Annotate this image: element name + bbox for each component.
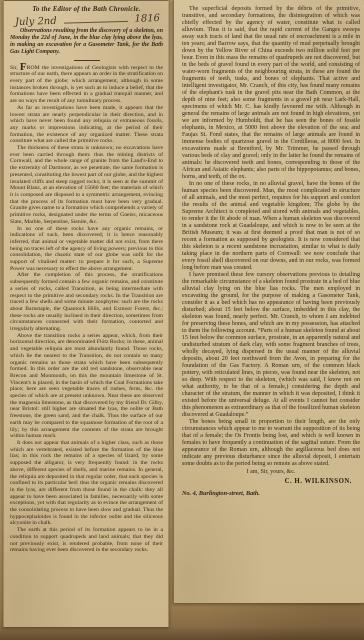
- paragraph: The superficial deposits formed by the d…: [182, 6, 360, 181]
- paragraph: The earth at this period of its formatio…: [10, 527, 163, 554]
- paragraph-opening-text: ROM the investigations of Geologists wit…: [10, 65, 163, 105]
- handwritten-year: 1816: [134, 13, 160, 25]
- handwritten-date: July 2nd 1816: [15, 13, 160, 28]
- paragraph: In no one of these rocks, in no alluvial…: [182, 181, 360, 272]
- paragraph: The thickness of these strata is unknown…: [10, 145, 163, 225]
- page-bottom-shadow: [0, 626, 364, 640]
- signature: C. H. WILKINSON.: [182, 478, 360, 485]
- handwritten-dash-line: [64, 21, 128, 24]
- left-newspaper-clipping: To the Editor of the Bath Chronicle. Jul…: [3, 0, 169, 627]
- right-newspaper-clipping: The superficial deposits formed by the d…: [173, 0, 364, 603]
- paragraph: I have premised these few cursory observ…: [182, 272, 360, 419]
- paragraph: As far as investigations have been made,…: [10, 105, 163, 145]
- paragraph: After the completion of this process, th…: [10, 272, 163, 332]
- paragraph: In no one of these rocks have any organi…: [10, 226, 163, 273]
- letter-subtitle: Observations resulting from the discover…: [10, 28, 163, 56]
- letter-closing: I am, Sir, yours, &c.: [182, 469, 360, 476]
- paragraph-opening: Sir,FROM the investigations of Geologist…: [10, 65, 163, 105]
- salutation: Sir,: [10, 65, 20, 71]
- paragraph: Above the transition rocks a series appe…: [10, 333, 163, 440]
- letter-header: To the Editor of the Bath Chronicle.: [10, 6, 163, 13]
- paragraph: The bones being small in proportion to t…: [182, 419, 360, 468]
- handwritten-day: July 2nd: [15, 16, 57, 28]
- scrapbook-page: To the Editor of the Bath Chronicle. Jul…: [0, 0, 364, 640]
- section-divider-rule: [74, 60, 100, 61]
- author-address: No. 4, Burlington-street, Bath.: [182, 490, 360, 497]
- paragraph: It does not appear that animals of a hig…: [10, 440, 163, 527]
- drop-cap-letter: F: [20, 62, 27, 73]
